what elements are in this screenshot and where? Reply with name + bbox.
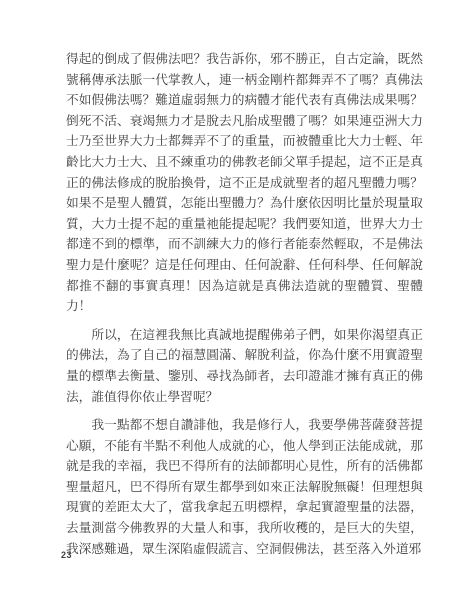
- book-page: 得起的倒成了假佛法吧？我告訴你，邪不勝正，自古定論，既然號稱傳承法脈一代掌教人，…: [0, 0, 464, 600]
- paragraph: 得起的倒成了假佛法吧？我告訴你，邪不勝正，自古定論，既然號稱傳承法脈一代掌教人，…: [66, 49, 423, 317]
- paragraph: 所以，在這裡我無比真誠地提醒佛弟子們，如果你渴望真正的佛法，為了自己的福慧圓滿、…: [66, 325, 423, 407]
- paragraph: 我一點都不想自讚誹他，我是修行人，我要學佛菩薩發菩提心願，不能有半點不利他人成就…: [66, 415, 423, 559]
- page-number: 23: [61, 550, 72, 560]
- body-text: 得起的倒成了假佛法吧？我告訴你，邪不勝正，自古定論，既然號稱傳承法脈一代掌教人，…: [66, 49, 423, 559]
